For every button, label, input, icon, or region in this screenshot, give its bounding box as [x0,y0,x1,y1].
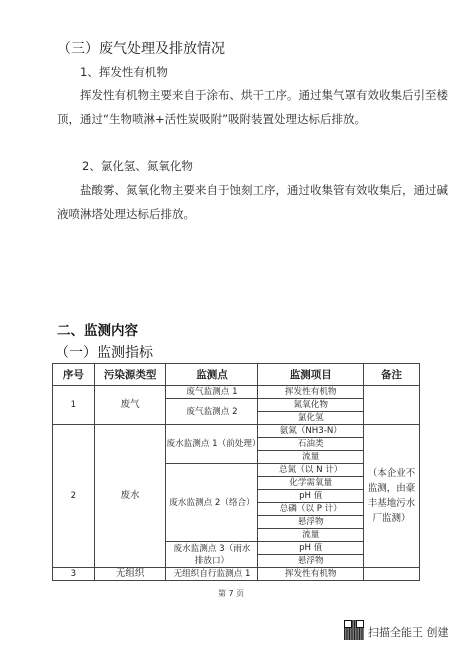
header-source-type: 污染源类型 [94,364,166,386]
section-title-monitoring: 二、监测内容 [57,319,138,339]
table-row: 3 无组织 无组织自行监测点 1 挥发性有机物 [53,568,420,581]
cell-item: 氨氮（NH3-N） [258,425,364,438]
cell-remark: （本企业不监测，由豪丰基地污水厂监测） [364,425,420,568]
cell-no: 1 [53,386,95,425]
cell-item: 总氮（以 N 计） [258,464,364,477]
remark-text: （本企业不监测，由豪丰基地污水厂监测） [368,466,416,526]
subsection-title-hcl-nox: 2、氯化氢、氮氧化物 [82,158,193,174]
cell-item: pH 值 [258,542,364,555]
cell-item: 化学需氧量 [258,477,364,490]
page-number: 第 7 页 [218,588,244,599]
cell-item: 石油类 [258,438,364,451]
header-point: 监测点 [166,364,258,386]
cell-remark [364,386,420,425]
subsection-title-voc: 1、挥发性有机物 [80,64,168,80]
cell-item: 挥发性有机物 [258,568,364,581]
table-row: 2 废水 废水监测点 1（前处理） 氨氮（NH3-N） （本企业不监测，由豪丰基… [53,425,420,438]
cell-item: 挥发性有机物 [258,386,364,399]
cell-type: 废水 [94,425,166,568]
header-no: 序号 [53,364,95,386]
cell-no: 3 [53,568,95,581]
header-remark: 备注 [364,364,420,386]
cell-item: 流量 [258,529,364,542]
cell-item: pH 值 [258,490,364,503]
paragraph-hcl-line1: 盐酸雾、氮氧化物主要来自于蚀刻工序，通过收集管有效收集后，通过碱 [80,182,448,198]
cell-point: 废水监测点 1（前处理） [166,425,258,464]
header-item: 监测项目 [258,364,364,386]
cell-item: 氯化氢 [258,412,364,425]
cell-no: 2 [53,425,95,568]
subsection-title-indicators: （一）监测指标 [55,342,153,362]
cell-point: 废水监测点 3（雨水排放口） [166,542,258,568]
cell-item: 流量 [258,451,364,464]
cell-point: 无组织自行监测点 1 [166,568,258,581]
cell-type: 废气 [94,386,166,425]
table-header-row: 序号 污染源类型 监测点 监测项目 备注 [53,364,420,386]
cell-item: 悬浮物 [258,516,364,529]
table-row: 1 废气 废气监测点 1 挥发性有机物 [53,386,420,399]
cell-remark [364,568,420,581]
paragraph-voc-line1: 挥发性有机物主要来自于涂布、烘干工序。通过集气罩有效收集后引至楼 [80,87,448,103]
cell-point: 废气监测点 2 [166,399,258,425]
point-text: 废水监测点 3（雨水排放口） [170,543,254,567]
qr-code-icon [344,620,364,640]
paragraph-voc-line2: 顶，通过“生物喷淋+活性炭吸附”吸附装置处理达标后排放。 [57,111,366,127]
paragraph-hcl-line2: 液喷淋塔处理达标后排放。 [57,206,195,222]
cell-point: 废气监测点 1 [166,386,258,399]
section-title-exhaust: （三）废气处理及排放情况 [57,38,225,58]
cell-item: 悬浮物 [258,555,364,568]
cell-type: 无组织 [94,568,166,581]
cell-point: 废水监测点 2（络合） [166,464,258,542]
cell-item: 氮氧化物 [258,399,364,412]
scanner-watermark: 扫描全能王 创建 [368,624,449,640]
cell-item: 总磷（以 P 计） [258,503,364,516]
monitoring-table: 序号 污染源类型 监测点 监测项目 备注 1 废气 废气监测点 1 挥发性有机物… [52,363,420,581]
